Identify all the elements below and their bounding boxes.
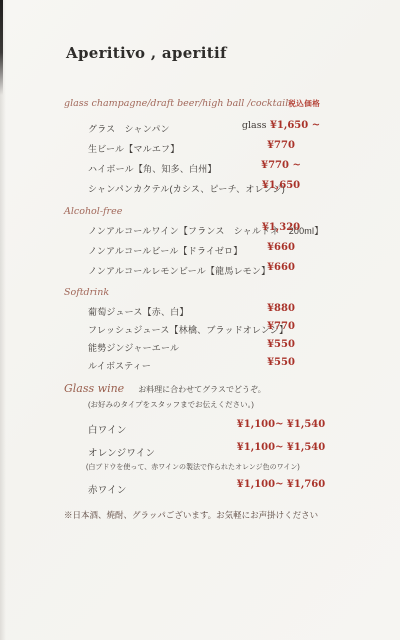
page-title: Aperitivo , aperitif	[66, 44, 400, 62]
menu-item-row: シャンパンカクテル(カシス、ピーチ、オレンジ) ¥1,650	[0, 179, 400, 199]
section-drinks: グラス シャンパン glass ¥1,650 ~ 生ビール【マルエフ】 ¥770…	[0, 119, 400, 199]
menu-item-row: ノンアルコールワイン【フランス シャルドネ 200ml】 ¥1,320	[0, 221, 400, 241]
item-name: 葡萄ジュース【赤、白】	[88, 305, 189, 318]
glass-wine-heading-note: お料理に合わせてグラスでどうぞ。	[138, 384, 266, 395]
item-price: ¥660	[220, 242, 342, 253]
item-price: ¥1,650	[220, 180, 342, 191]
item-price: ¥770 ~	[220, 160, 342, 171]
item-price: ¥770	[220, 140, 342, 151]
menu-item-row: 葡萄ジュース【赤、白】 ¥880	[0, 302, 400, 320]
menu-item-row: 赤ワイン ¥1,100~ ¥1,760	[0, 478, 400, 499]
item-name: 生ビール【マルエフ】	[88, 142, 179, 155]
footer-note: ※日本酒、焼酎、グラッパございます。お気軽にお声掛けください	[64, 509, 400, 521]
section-glass-wine: 白ワイン ¥1,100~ ¥1,540 オレンジワイン ¥1,100~ ¥1,5…	[0, 418, 400, 499]
item-price: ¥880	[220, 303, 342, 314]
menu-item-row: ノンアルコールビール【ドライゼロ】 ¥660	[0, 241, 400, 261]
menu-item-row: ルイボスティー ¥550	[0, 356, 400, 374]
menu-item-row: ノンアルコールレモンビール【龍馬レモン】 ¥660	[0, 261, 400, 281]
glass-wine-sub-note: (お好みのタイプをスタッフまでお伝えください。)	[88, 399, 400, 411]
price-prefix: glass	[242, 120, 267, 131]
menu-page: Aperitivo , aperitif glass champagne/dra…	[0, 0, 400, 640]
item-name: ハイボール【角、知多、白州】	[88, 162, 217, 175]
section-heading-alcohol-free: Alcohol-free	[64, 205, 400, 219]
item-price: ¥1,100~ ¥1,760	[220, 479, 342, 490]
section-heading-drinks: glass champagne/draft beer/high ball /co…	[64, 98, 288, 109]
section-softdrink: 葡萄ジュース【赤、白】 ¥880 フレッシュジュース【林檎、ブラッドオレンジ】 …	[0, 302, 400, 374]
section-heading-glass-wine: Glass wine	[64, 382, 124, 395]
item-price: ¥1,320	[220, 222, 342, 233]
menu-item-row: 生ビール【マルエフ】 ¥770	[0, 139, 400, 159]
section-heading-softdrink: Softdrink	[64, 286, 400, 300]
item-price: ¥660	[220, 262, 342, 273]
item-note: (白ブドウを使って、赤ワインの製法で作られたオレンジ色のワイン)	[86, 462, 400, 474]
section-alcohol-free: ノンアルコールワイン【フランス シャルドネ 200ml】 ¥1,320 ノンアル…	[0, 221, 400, 281]
item-price: ¥550	[220, 357, 342, 368]
menu-content: Aperitivo , aperitif glass champagne/dra…	[0, 44, 400, 521]
menu-item-row: 能勢ジンジャーエール ¥550	[0, 338, 400, 356]
menu-item-row: フレッシュジュース【林檎、ブラッドオレンジ】 ¥770	[0, 320, 400, 338]
price-column-header: 税込価格	[288, 98, 320, 109]
item-price: ¥1,100~ ¥1,540	[220, 442, 342, 453]
menu-item-row: グラス シャンパン glass ¥1,650 ~	[0, 119, 400, 139]
item-name: 赤ワイン	[88, 482, 127, 496]
menu-item-row: オレンジワイン ¥1,100~ ¥1,540	[0, 441, 400, 462]
item-name: グラス シャンパン	[88, 122, 170, 135]
item-price: ¥550	[220, 339, 342, 350]
category-header-row: glass champagne/draft beer/high ball /co…	[64, 98, 294, 111]
item-price: ¥770	[220, 321, 342, 332]
item-name: ルイボスティー	[88, 359, 151, 372]
item-name: 白ワイン	[88, 422, 127, 436]
item-name: オレンジワイン	[88, 445, 155, 459]
item-price: ¥1,100~ ¥1,540	[220, 419, 342, 430]
item-price: glass ¥1,650 ~	[220, 120, 342, 131]
price-value: ¥1,650 ~	[270, 120, 320, 131]
menu-item-row: ハイボール【角、知多、白州】 ¥770 ~	[0, 159, 400, 179]
section-heading-glass-wine-row: Glass wine お料理に合わせてグラスでどうぞ。	[64, 382, 400, 397]
item-name: 能勢ジンジャーエール	[88, 341, 179, 354]
menu-item-row: 白ワイン ¥1,100~ ¥1,540	[0, 418, 400, 439]
